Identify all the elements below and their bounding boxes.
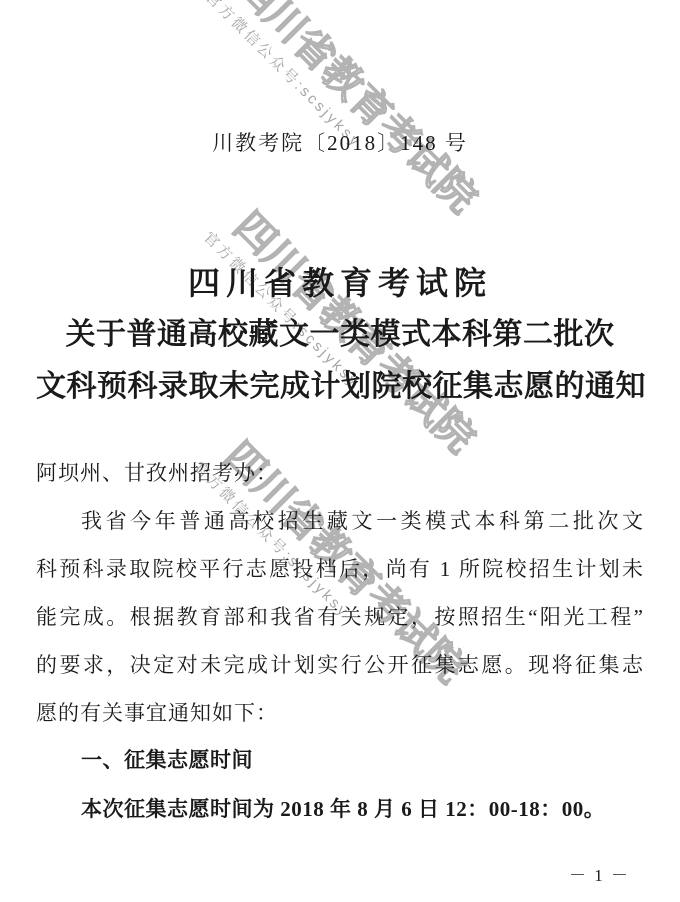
salutation: 阿坝州、甘孜州招考办： <box>36 449 644 497</box>
title-line-subject-2: 文科预科录取未完成计划院校征集志愿的通知 <box>36 361 644 413</box>
paragraph-line: 我省今年普通高校招生藏文一类模式本科第二批次文 <box>36 497 644 545</box>
page-number: － 1 － <box>569 861 630 886</box>
title-line-issuer: 四川省教育考试院 <box>36 257 644 309</box>
paragraph-line: 科预科录取院校平行志愿投档后，尚有 1 所院校招生计划未 <box>36 545 644 593</box>
paragraph-line: 的要求，决定对未完成计划实行公开征集志愿。现将征集志 <box>36 641 644 689</box>
document-body: 阿坝州、甘孜州招考办： 我省今年普通高校招生藏文一类模式本科第二批次文 科预科录… <box>36 449 644 833</box>
paragraph-line: 能完成。根据教育部和我省有关规定，按照招生“阳光工程” <box>36 593 644 641</box>
paragraph: 我省今年普通高校招生藏文一类模式本科第二批次文 科预科录取院校平行志愿投档后，尚… <box>36 497 644 737</box>
section-body-time: 本次征集志愿时间为 2018 年 8 月 6 日 12：00-18：00。 <box>36 785 644 833</box>
document-content: 川教考院〔2018〕148 号 四川省教育考试院 关于普通高校藏文一类模式本科第… <box>0 0 680 833</box>
document-page: 四川省教育考试院 官方微信公众号:scsjyksy 四川省教育考试院 官方微信公… <box>0 0 680 902</box>
title-line-subject-1: 关于普通高校藏文一类模式本科第二批次 <box>36 309 644 361</box>
document-title: 四川省教育考试院 关于普通高校藏文一类模式本科第二批次 文科预科录取未完成计划院… <box>36 257 644 413</box>
document-number: 川教考院〔2018〕148 号 <box>36 0 644 157</box>
paragraph-line: 愿的有关事宜通知如下： <box>36 689 644 737</box>
section-heading: 一、征集志愿时间 <box>36 737 644 785</box>
